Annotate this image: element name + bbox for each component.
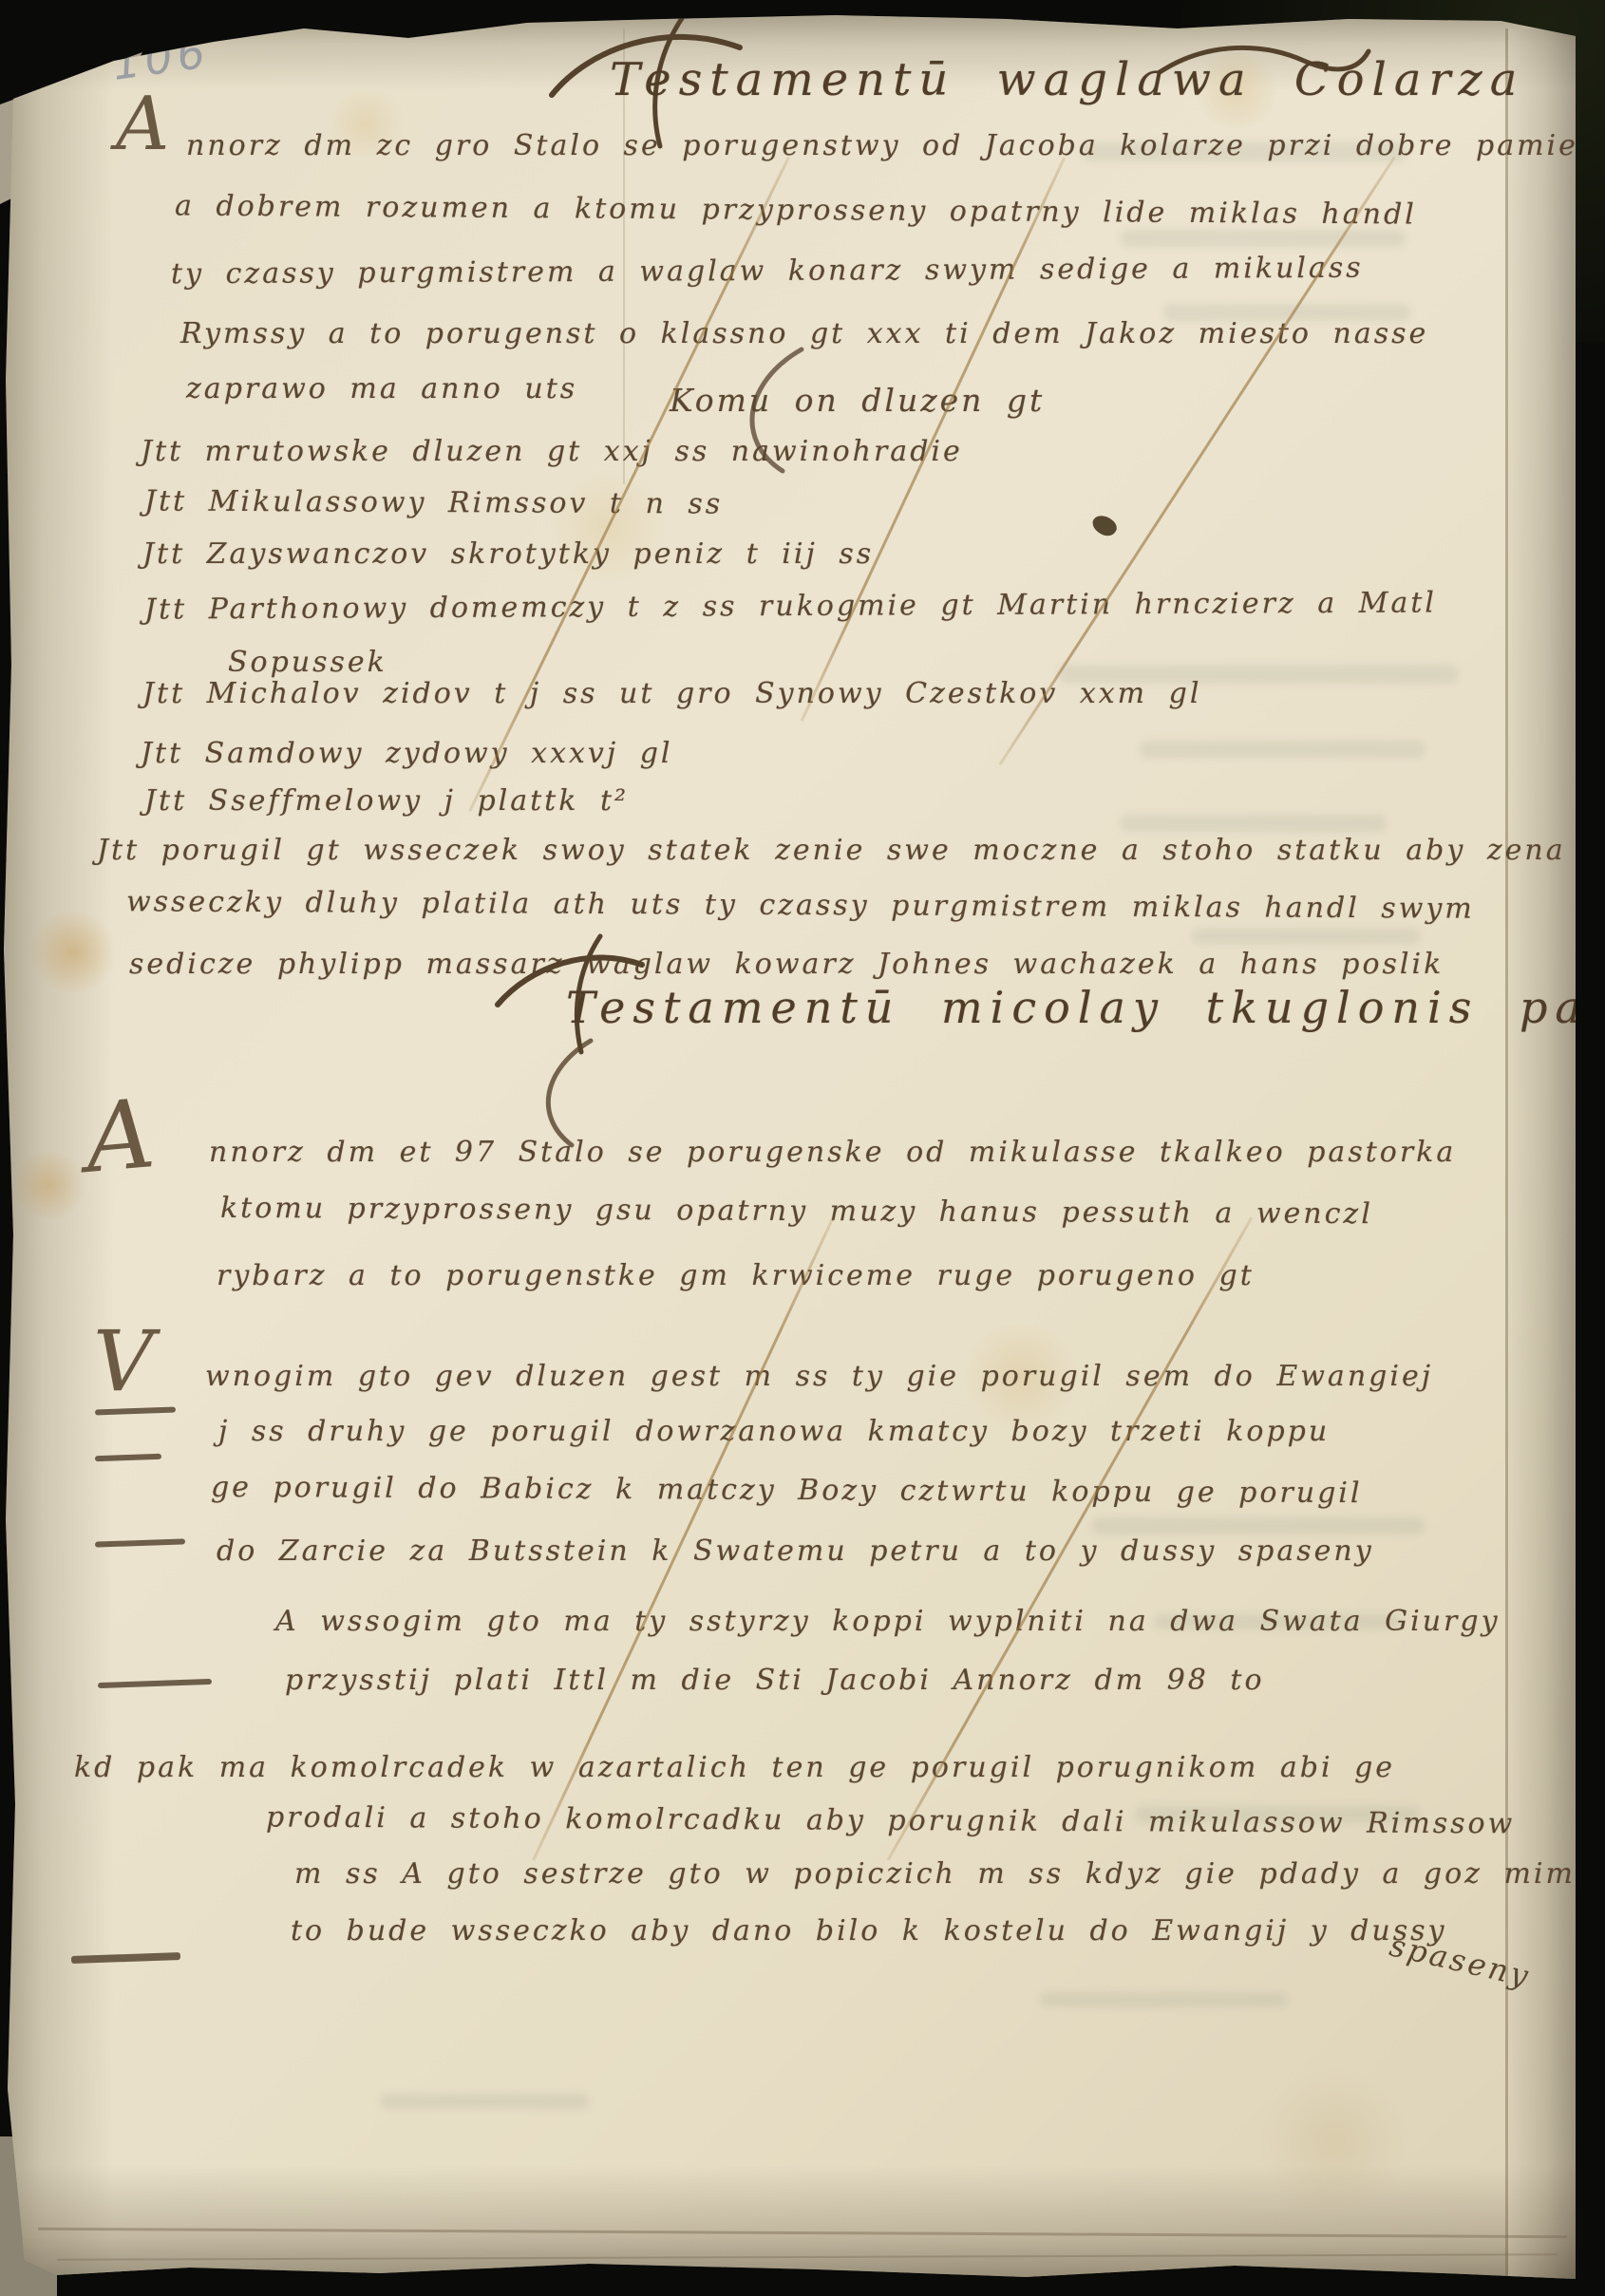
stain: [1254, 2070, 1415, 2212]
title-descender-stroke: [520, 1037, 606, 1151]
manuscript-line: ty czassy purgmistrem a waglaw konarz sw…: [171, 252, 1364, 292]
show-through-smudge: [1192, 929, 1420, 944]
bequest-line: do Zarcie za Butsstein k Swatemu petru a…: [217, 1534, 1374, 1568]
show-through-smudge: [380, 2094, 589, 2109]
bequest-line: Jtt porugil gt wsseczek swoy statek zeni…: [97, 834, 1605, 867]
bequest-line: wnogim gto gev dluzen gest m ss ty gie p…: [205, 1360, 1433, 1393]
bottom-crinkle-line: [38, 2228, 1567, 2238]
bequest-line: ge porugil do Babicz k matczy Bozy cztwr…: [211, 1471, 1363, 1510]
manuscript-line: ktomu przyprosseny gsu opatrny muzy hanu…: [220, 1192, 1373, 1231]
manuscript-line: nnorz dm et 97 Stalo se porugenske od mi…: [209, 1136, 1456, 1169]
debt-item: Jtt Zayswanczov skrotytky peniz t iij ss: [142, 537, 874, 571]
show-through-smudge: [1140, 741, 1425, 758]
bequest-line: j ss druhy ge porugil dowrzanowa kmatcy …: [218, 1415, 1330, 1448]
manuscript-line: rybarz a to porugenstke gm krwiceme ruge…: [217, 1259, 1255, 1292]
bequest-line: sedicze phylipp massarz waglaw kowarz Jo…: [129, 948, 1444, 981]
debt-item: Jtt Sseffmelowy j plattk t²: [144, 784, 629, 818]
bequest-line: A wssogim gto ma ty sstyrzy koppi wyplni…: [275, 1605, 1501, 1638]
closing-line: prodali a stoho komolrcadku aby porugnik…: [266, 1801, 1515, 1841]
fore-edge-strip: [1508, 28, 1576, 2279]
testament1-initial: A: [116, 82, 169, 167]
debt-item: Jtt Samdowy zydowy xxxvj gl: [141, 737, 673, 770]
parchment-page: 106 Testamentū waglawa Colarza A nnorz d…: [0, 0, 1605, 2296]
show-through-smudge: [1040, 1992, 1287, 2007]
manuscript-line: a dobrem rozumen a ktomu przyprosseny op…: [175, 189, 1417, 231]
closing-line-tail: spaseny: [1387, 1927, 1535, 1994]
debts-heading: Komu on dluzen gt: [670, 382, 1045, 419]
bequest-line: przysstij plati Ittl m die Sti Jacobi An…: [285, 1664, 1265, 1697]
stain: [28, 912, 119, 992]
margin-dash: [98, 1679, 212, 1688]
manuscript-line: zaprawo ma anno uts: [186, 372, 577, 405]
debt-item: Jtt mrutowske dluzen gt xxj ss nawinohra…: [141, 435, 963, 468]
testament1-title: Testamentū waglawa Colarza: [610, 53, 1524, 106]
margin-dash: [95, 1538, 185, 1547]
bequest-line: wsseczky dluhy platila ath uts ty czassy…: [126, 885, 1475, 925]
paragraph-initial: V: [93, 1312, 154, 1410]
ink-blot: [1089, 511, 1120, 540]
show-through-smudge: [1121, 815, 1387, 832]
folio-number: 106: [109, 26, 213, 90]
testament2-title: Testamentū micolay tkuglonis pastorka: [566, 982, 1605, 1033]
right-fold-crease: [1505, 28, 1508, 2279]
stain: [11, 1151, 87, 1219]
closing-line: kd pak ma komolrcadek w azartalich ten g…: [74, 1751, 1395, 1784]
show-through-smudge: [1121, 230, 1406, 247]
closing-line: to bude wsseczko aby dano bilo k kostelu…: [291, 1914, 1446, 1948]
closing-line: m ss A gto sestrze gto w popiczich m ss …: [294, 1857, 1596, 1891]
bottom-crinkle-line: [57, 2253, 1558, 2261]
debt-item: Jtt Mikulassowy Rimssov t n ss: [144, 484, 723, 520]
margin-dash: [71, 1952, 180, 1964]
manuscript-photo: 106 Testamentū waglawa Colarza A nnorz d…: [0, 0, 1605, 2296]
testament2-initial: A: [81, 1078, 159, 1195]
debt-item: Jtt Parthonowy domemczy t z ss rukogmie …: [144, 586, 1437, 626]
show-through-smudge: [1092, 1517, 1425, 1534]
margin-dash: [95, 1454, 161, 1461]
debt-item: Sopussek: [228, 646, 387, 679]
